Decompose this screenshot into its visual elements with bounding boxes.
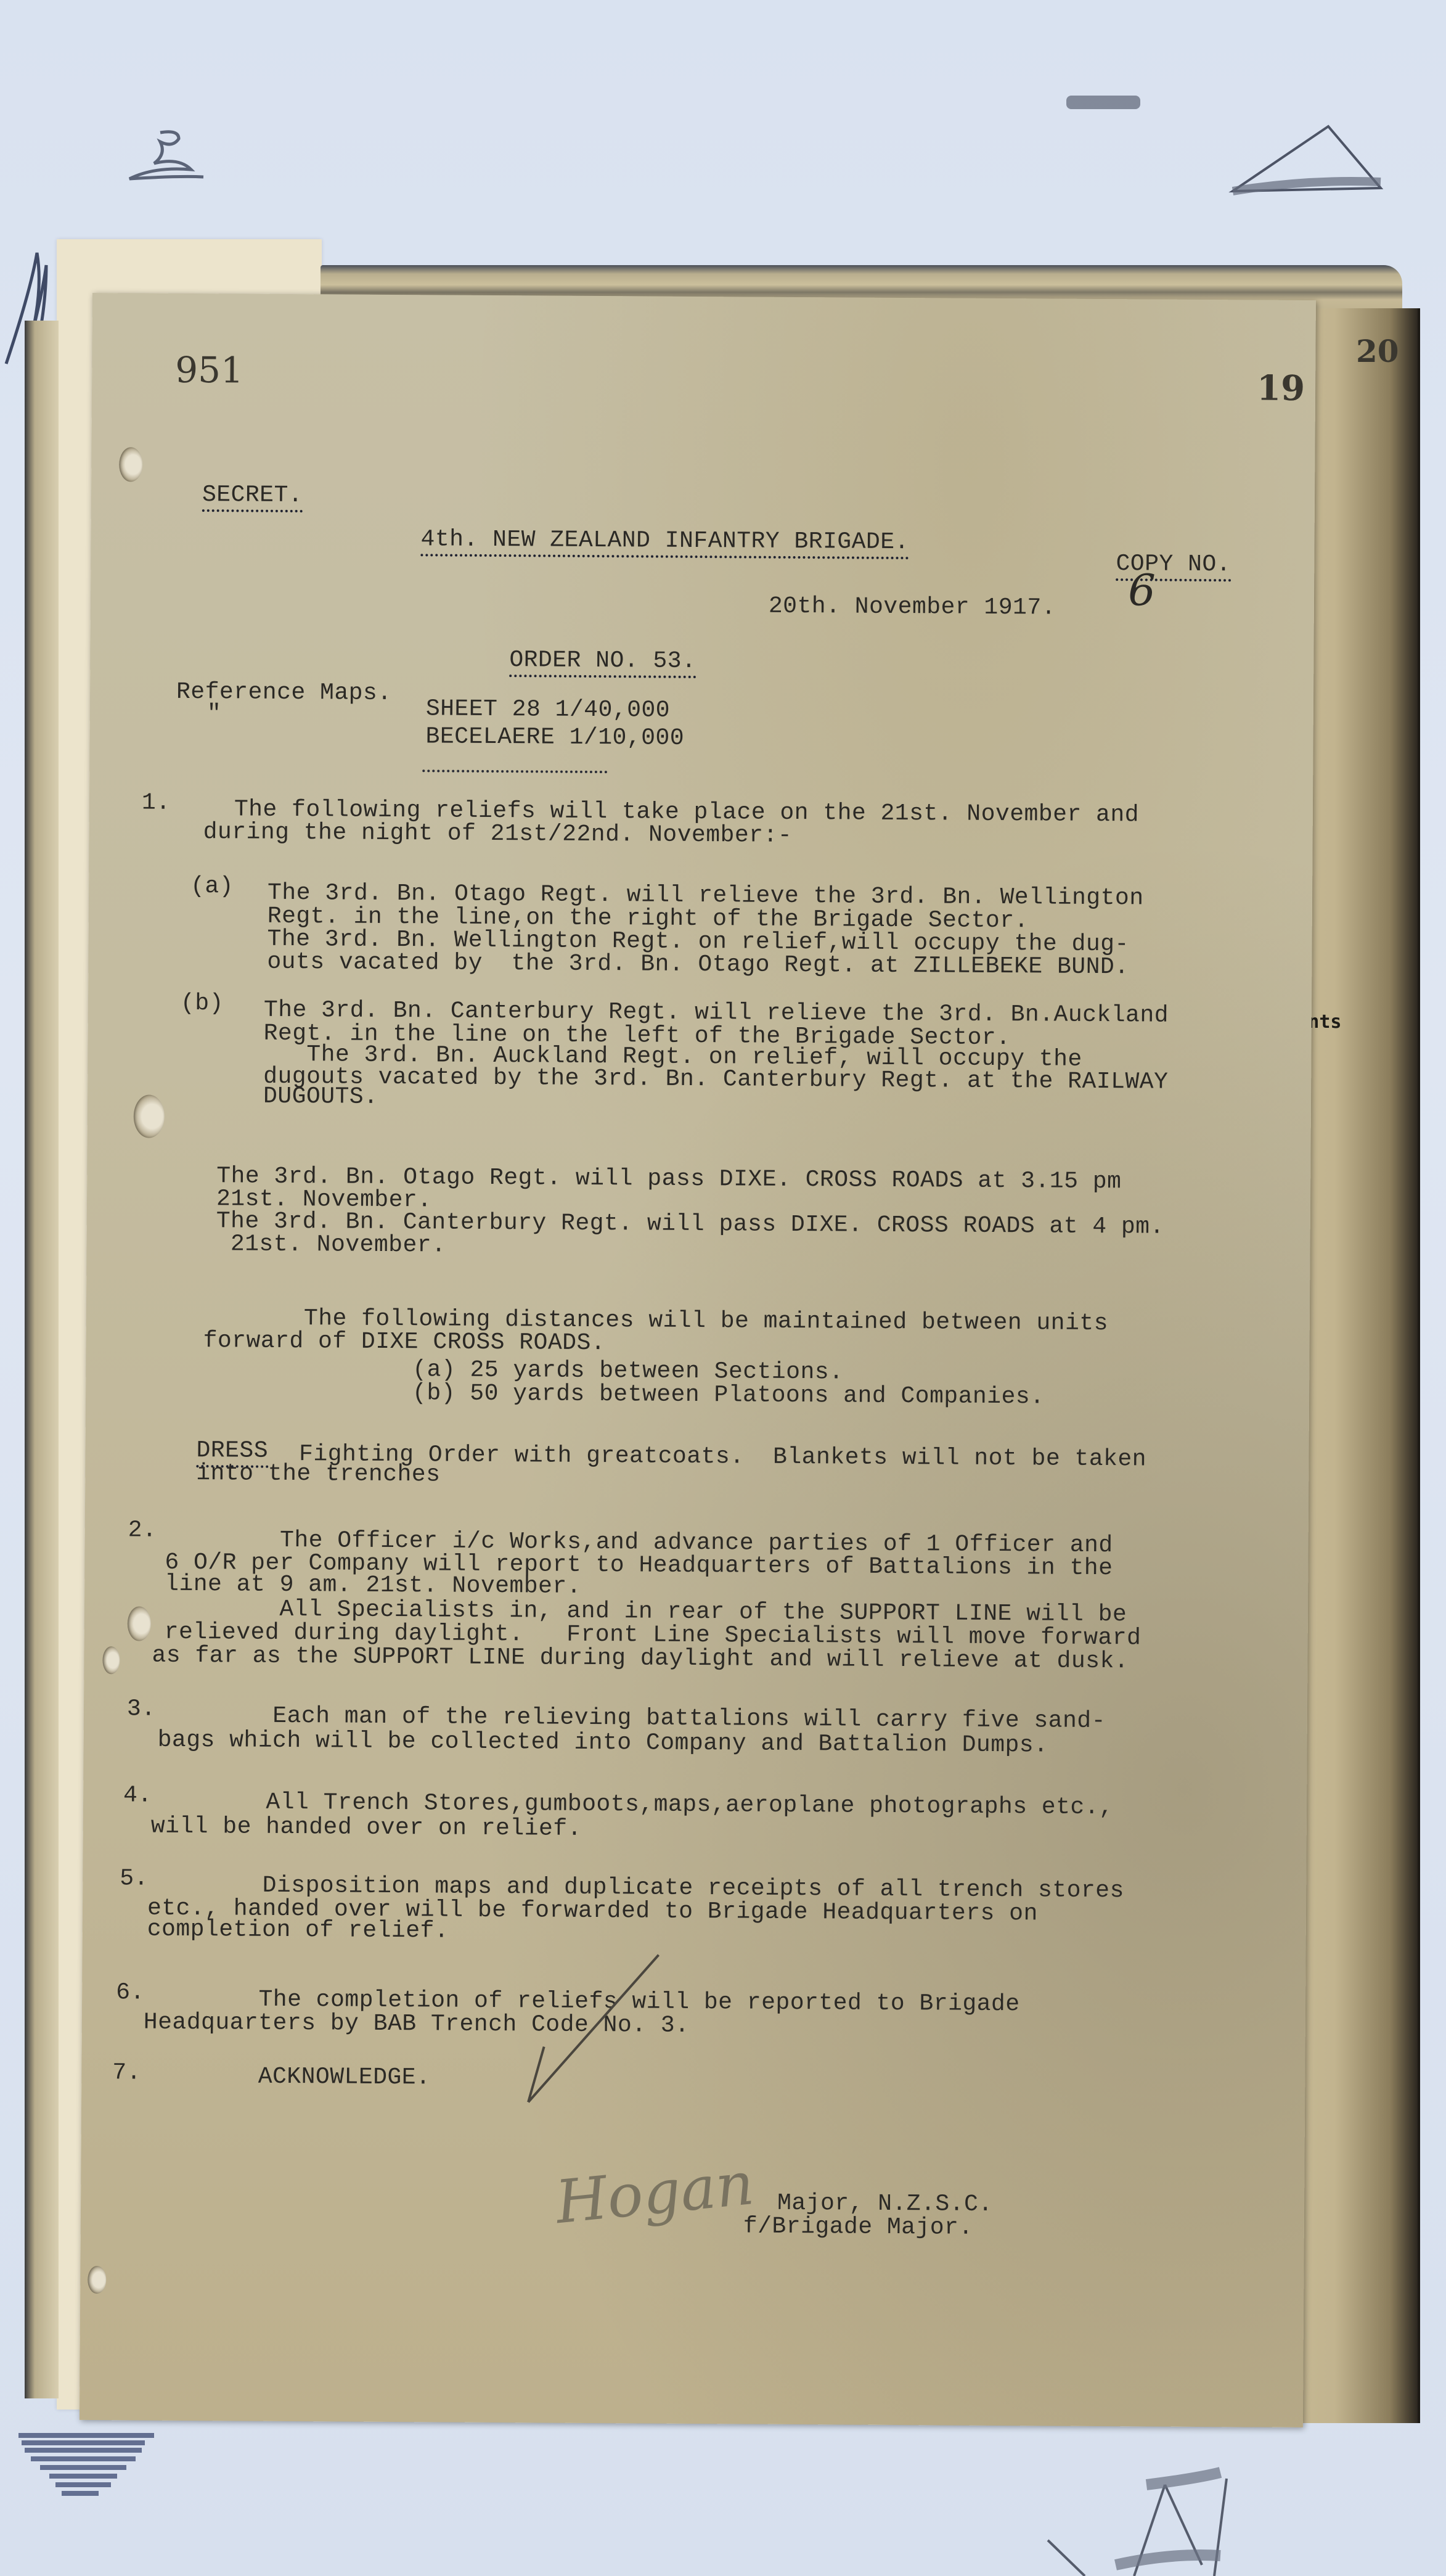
subitem-line: outs vacated by the 3rd. Bn. Otago Regt.… — [267, 949, 1129, 981]
folio-number-left: 951 — [175, 349, 243, 392]
reference-map-1: SHEET 28 1/40,000 — [426, 695, 670, 723]
unit-heading: 4th. NEW ZEALAND INFANTRY BRIGADE. — [420, 526, 909, 559]
order-title: ORDER NO. 53. — [509, 647, 696, 678]
punch-hole — [134, 1094, 165, 1138]
paragraph-line: will be handed over on relief. — [151, 1813, 582, 1842]
distances-intro: forward of DIXE CROSS ROADS. — [203, 1327, 605, 1356]
pencil-triangle-bottom-right-icon — [1042, 2460, 1338, 2576]
subitem-line: DUGOUTS. — [263, 1083, 378, 1110]
dress-line: into the trenches — [196, 1460, 440, 1488]
paragraph-number: 7. — [112, 2059, 141, 2086]
paragraph-line: completion of relief. — [147, 1916, 449, 1945]
movement-line: 21st. November. — [216, 1231, 446, 1258]
folio-number-right: 20 — [1356, 333, 1399, 369]
copy-number-handwritten: 6 — [1128, 565, 1156, 615]
pencil-scribble-bottom-left-icon — [12, 2429, 160, 2516]
subitem-line: dugouts vacated by the 3rd. Bn. Canterbu… — [263, 1064, 1168, 1096]
paragraph-line: bags which will be collected into Compan… — [158, 1727, 1048, 1759]
section-divider — [422, 769, 607, 773]
paragraph-number: 6. — [116, 1979, 145, 2006]
stacked-sheet-edges-left — [25, 321, 59, 2398]
punch-hole — [128, 1606, 151, 1641]
classification-label: SECRET. — [202, 482, 303, 512]
paragraph-number: 2. — [128, 1517, 157, 1543]
signature-role: f/Brigade Major. — [743, 2213, 973, 2241]
pencil-scribble-top-left-icon — [111, 126, 247, 188]
punch-hole — [119, 447, 142, 482]
paragraph-number: 3. — [127, 1696, 156, 1722]
distance-item: (b) 50 yards between Platoons and Compan… — [412, 1380, 1045, 1410]
order-date: 20th. November 1917. — [769, 593, 1056, 621]
handwritten-signature: Hogan — [552, 2149, 756, 2237]
subitem-label: (b) — [181, 990, 224, 1017]
paragraph-number: 1. — [142, 790, 171, 816]
pencil-tick-mark-icon — [507, 1948, 668, 2109]
pencil-triangle-top-right-icon — [1220, 123, 1399, 203]
reference-map-2: BECELAERE 1/10,000 — [425, 723, 684, 752]
paragraph-line: as far as the SUPPORT LINE during daylig… — [152, 1643, 1129, 1675]
order-document: 951 19 SECRET. 4th. NEW ZEALAND INFANTRY… — [80, 293, 1316, 2427]
copy-number-label: COPY NO. 6 — [1058, 524, 1231, 655]
pencil-scribble-top-center-icon — [1066, 96, 1140, 109]
paragraph-number: 5. — [120, 1865, 149, 1892]
punch-hole — [102, 1646, 120, 1674]
paragraph-line: during the night of 21st/22nd. November:… — [203, 819, 793, 849]
reference-ditto-mark: " — [207, 700, 222, 727]
acknowledge-line: ACKNOWLEDGE. — [143, 2063, 430, 2091]
subitem-label: (a) — [190, 873, 234, 900]
folio-number-main: 19 — [1257, 368, 1305, 409]
punch-hole — [88, 2266, 106, 2294]
paragraph-number: 4. — [123, 1782, 152, 1808]
